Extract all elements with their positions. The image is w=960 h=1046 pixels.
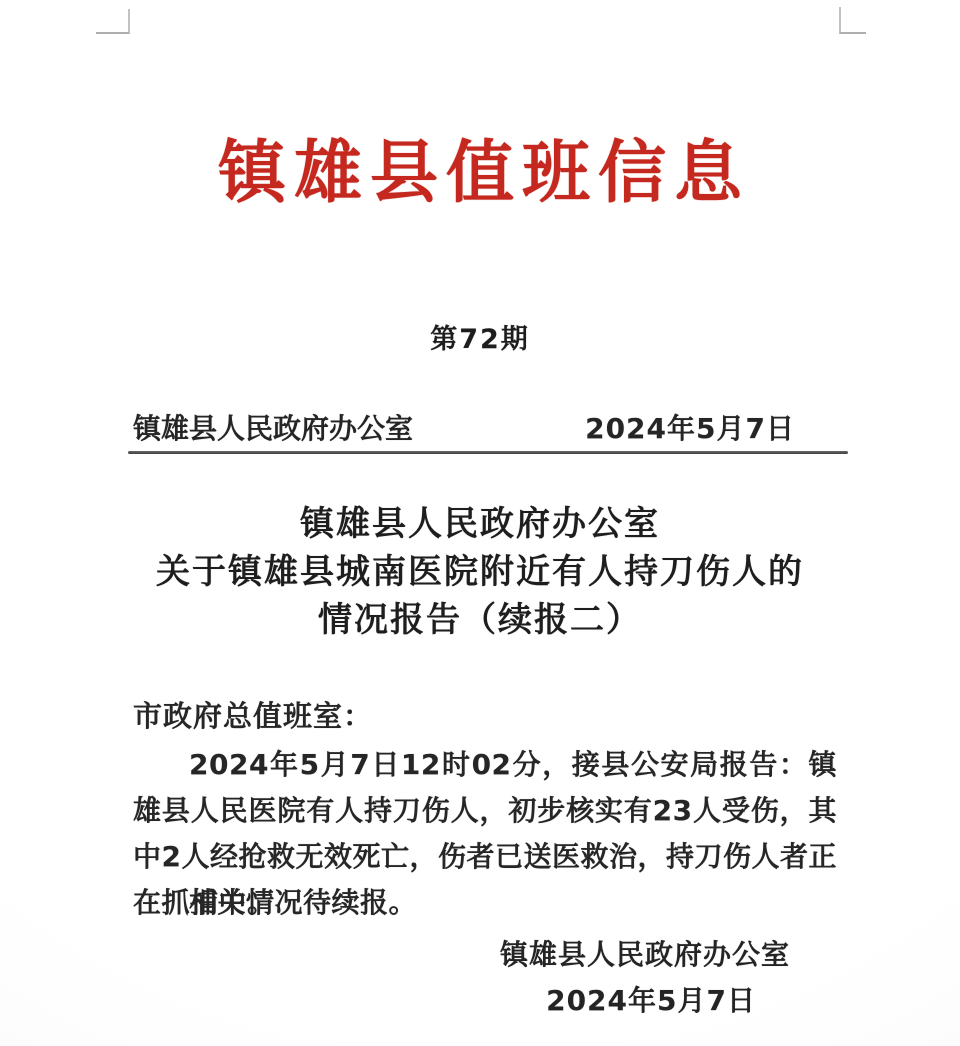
issuing-office: 镇雄县人民政府办公室 (133, 410, 413, 448)
signature-office: 镇雄县人民政府办公室 (500, 936, 790, 974)
document-page: 镇雄县值班信息 第72期 镇雄县人民政府办公室 2024年5月7日 镇雄县人民政… (0, 0, 960, 1046)
document-title: 镇雄县人民政府办公室 关于镇雄县城南医院附近有人持刀伤人的 情况报告（续报二） (0, 500, 960, 644)
signature-date: 2024年5月7日 (546, 982, 756, 1020)
crop-corner-right-icon (839, 7, 866, 34)
masthead-title: 镇雄县值班信息 (0, 128, 960, 218)
crop-corner-left-icon (96, 9, 130, 34)
document-title-line-1: 镇雄县人民政府办公室 (0, 500, 960, 548)
issue-number: 第72期 (0, 324, 960, 356)
masthead-divider (128, 451, 848, 454)
document-title-line-2: 关于镇雄县城南医院附近有人持刀伤人的 (0, 548, 960, 596)
document-title-line-3: 情况报告（续报二） (0, 596, 960, 644)
masthead-row: 镇雄县人民政府办公室 2024年5月7日 (133, 410, 837, 448)
body-paragraph-2: 相关情况待续报。 (133, 880, 837, 926)
salutation: 市政府总值班室： (133, 698, 837, 734)
masthead-date: 2024年5月7日 (585, 410, 795, 448)
